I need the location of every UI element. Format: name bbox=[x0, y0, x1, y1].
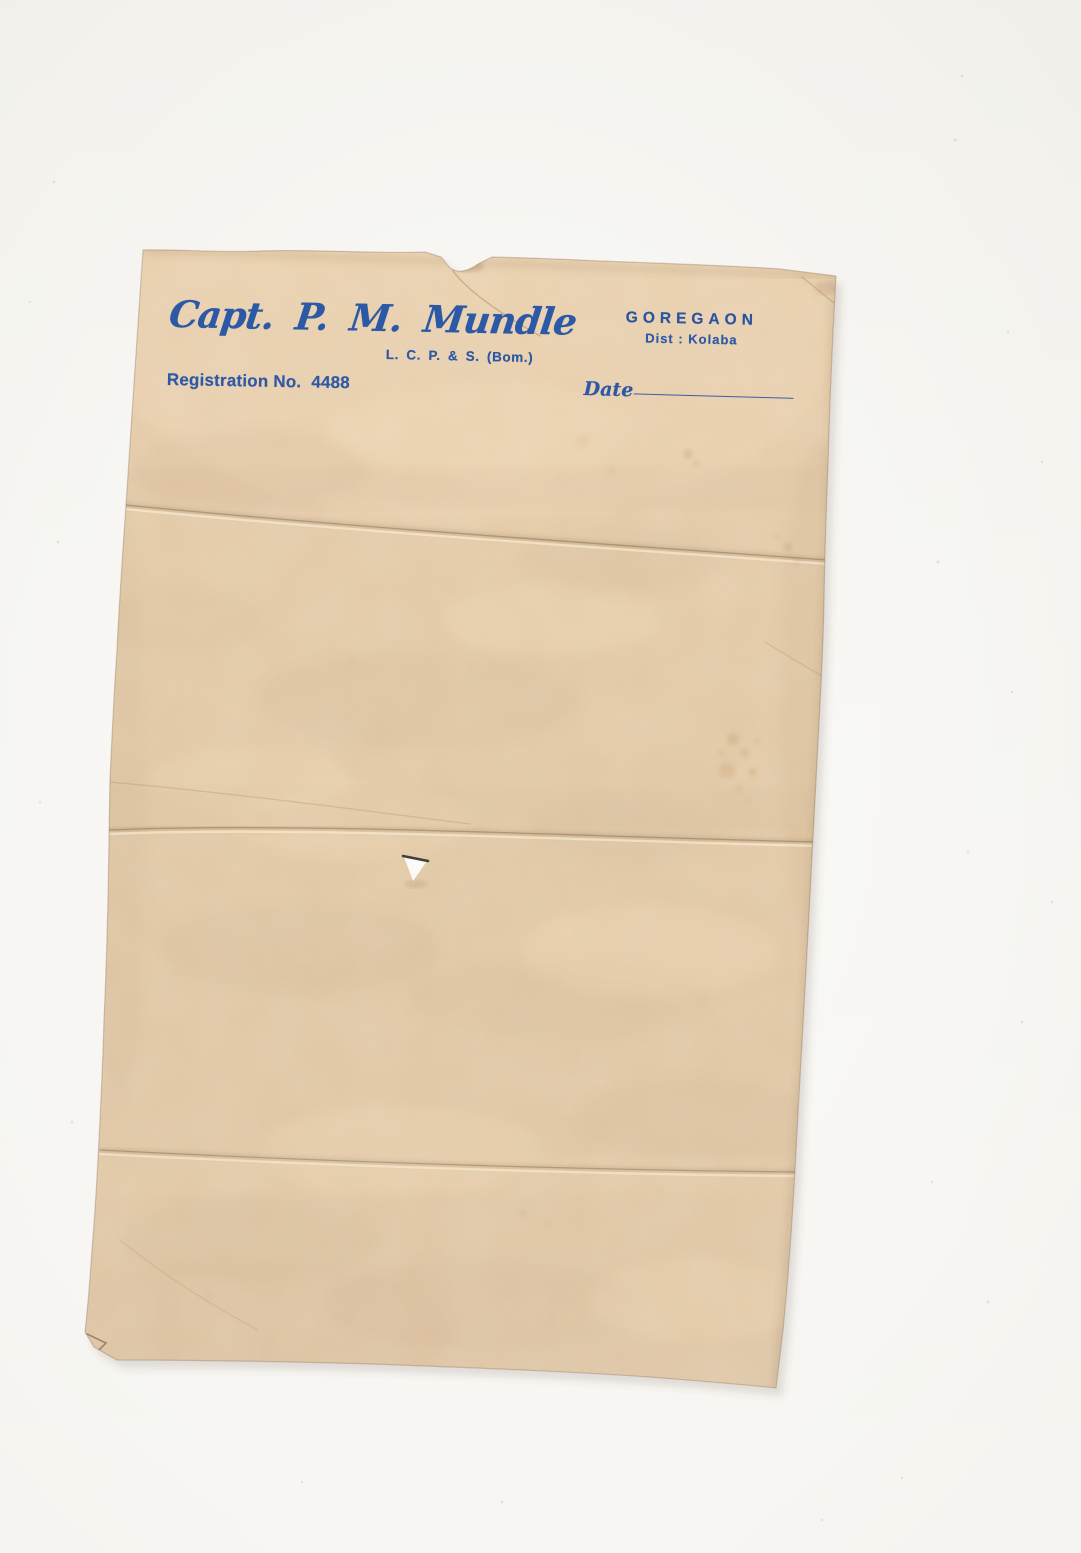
registration-line: Registration No.4488 bbox=[167, 370, 350, 393]
date-label: Date bbox=[583, 378, 633, 401]
doctor-name: Capt. P. M. Mundle bbox=[167, 294, 579, 342]
registration-number: 4488 bbox=[311, 373, 350, 393]
scanned-document: Capt. P. M. Mundle L. C. P. & S. (Bom.) … bbox=[0, 0, 1081, 1553]
place-name: GOREGAON bbox=[621, 309, 763, 330]
place-block: GOREGAON Dist : Kolaba bbox=[620, 309, 763, 348]
qualifications-text: L. C. P. & S. (Bom.) bbox=[386, 347, 534, 365]
date-blank-line bbox=[633, 391, 793, 398]
district-line: Dist : Kolaba bbox=[620, 330, 762, 348]
paper-sheet bbox=[0, 0, 1081, 1553]
registration-label: Registration No. bbox=[167, 370, 302, 391]
